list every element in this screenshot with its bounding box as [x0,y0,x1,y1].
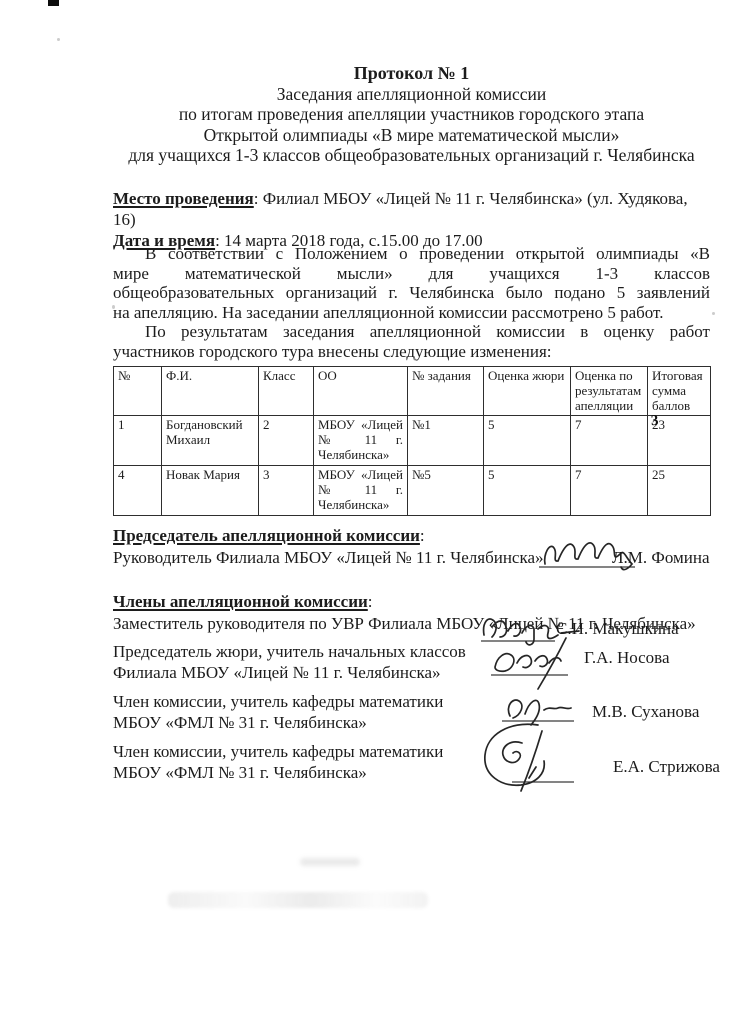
cell-name: Богдановский Михаил [162,416,259,466]
scan-speck [712,312,715,315]
location-line: Место проведения: Филиал МБОУ «Лицей № 1… [113,188,710,230]
scan-smudge [300,858,360,866]
paragraph-line: общеобразовательных организаций г. Челяб… [113,283,710,303]
members-heading: Члены апелляционной комиссии: [113,591,373,612]
scan-speck [57,38,60,41]
scan-artifact-corner [48,0,59,6]
col-header-name: Ф.И. [162,367,259,416]
handwritten-correction: 3 [650,414,659,429]
scan-smudge [168,892,428,908]
cell-task: №5 [408,466,484,516]
member4-role-line1: Член комиссии, учитель кафедры математик… [113,741,443,762]
paragraph-line: По результатам заседания апелляционной к… [113,322,710,342]
table-row: 1 Богдановский Михаил 2 МБОУ «Лицей № 11… [114,416,711,466]
scanned-protocol-page: Протокол № 1 Заседания апелляционной ком… [0,0,740,1024]
paragraph-line: на апелляцию. На заседании апелляционной… [113,303,710,323]
member2-name: Г.А. Носова [584,648,670,668]
meta-block: Место проведения: Филиал МБОУ «Лицей № 1… [113,188,710,251]
cell-name: Новак Мария [162,466,259,516]
title-line: по итогам проведения апелляции участнико… [113,104,710,125]
signature-nosova [486,636,596,690]
member2-role-line2: Филиала МБОУ «Лицей № 11 г. Челябинска» [113,662,441,683]
title-line: для учащихся 1-3 классов общеобразовател… [113,145,710,166]
paragraph-line: мире математической мысли» для учащихся … [113,264,710,284]
chair-name: Л.М. Фомина [612,548,710,568]
col-header-total: Итоговая сумма баллов [648,367,711,416]
results-table: № Ф.И. Класс ОО № задания Оценка жюри Оц… [113,366,711,516]
cell-appeal: 7 [571,466,648,516]
title-line: Заседания апелляционной комиссии [113,84,710,105]
col-header-num: № [114,367,162,416]
chair-heading: Председатель апелляционной комиссии: [113,525,425,546]
signature-strizhova [476,720,596,796]
col-header-jury: Оценка жюри [484,367,571,416]
cell-total: 3 23 [648,416,711,466]
chair-role: Руководитель Филиала МБОУ «Лицей № 11 г.… [113,547,544,568]
cell-task: №1 [408,416,484,466]
col-header-appeal: Оценка по результатам апелляции [571,367,648,416]
cell-jury: 5 [484,466,571,516]
body-text: В соответствии с Положением о проведении… [113,244,710,361]
paragraph-line: участников городского тура внесены следу… [113,342,710,362]
results-table-wrap: № Ф.И. Класс ОО № задания Оценка жюри Оц… [113,366,710,516]
cell-school: МБОУ «Лицей № 11 г. Челябинска» [314,466,408,516]
page-title: Протокол № 1 [113,63,710,84]
cell-grade: 3 [259,466,314,516]
member4-name: Е.А. Стрижова [613,757,720,777]
document-title-block: Протокол № 1 Заседания апелляционной ком… [113,63,710,166]
member3-role-line2: МБОУ «ФМЛ № 31 г. Челябинска» [113,712,367,733]
member3-name: М.В. Суханова [592,702,699,722]
title-line: Открытой олимпиады «В мире математическо… [113,125,710,146]
cell-jury: 5 [484,416,571,466]
cell-school: МБОУ «Лицей № 11 г. Челябинска» [314,416,408,466]
cell-num: 1 [114,416,162,466]
col-header-school: ОО [314,367,408,416]
table-row: 4 Новак Мария 3 МБОУ «Лицей № 11 г. Челя… [114,466,711,516]
col-header-task: № задания [408,367,484,416]
member2-role-line1: Председатель жюри, учитель начальных кла… [113,641,466,662]
paragraph-line: В соответствии с Положением о проведении… [113,244,710,264]
cell-grade: 2 [259,416,314,466]
table-header-row: № Ф.И. Класс ОО № задания Оценка жюри Оц… [114,367,711,416]
cell-num: 4 [114,466,162,516]
location-label: Место проведения [113,189,254,208]
col-header-grade: Класс [259,367,314,416]
member4-role-line2: МБОУ «ФМЛ № 31 г. Челябинска» [113,762,367,783]
cell-appeal: 7 [571,416,648,466]
member3-role-line1: Член комиссии, учитель кафедры математик… [113,691,443,712]
cell-total: 25 [648,466,711,516]
